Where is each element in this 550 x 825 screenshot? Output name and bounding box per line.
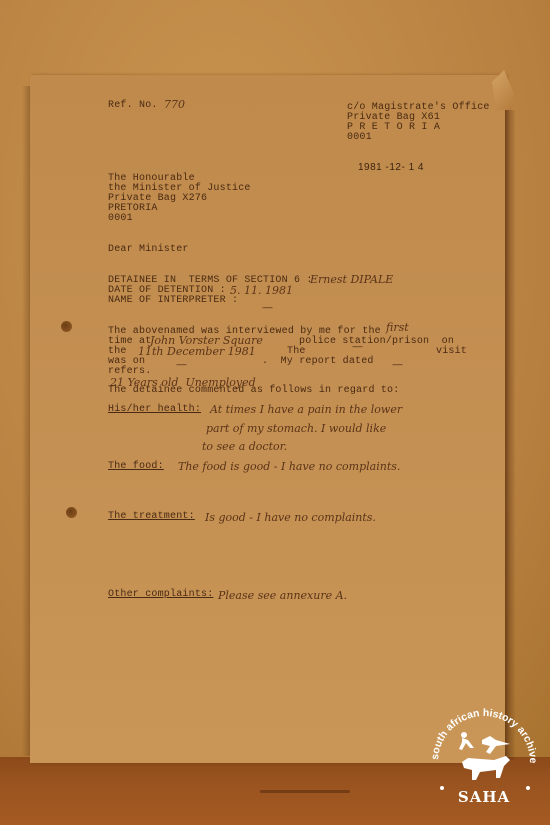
health-response-line-2: part of my stomach. I would like xyxy=(206,423,386,434)
letter-page xyxy=(30,75,505,763)
dot-left xyxy=(440,786,444,790)
other-complaints-label: Other complaints: xyxy=(108,590,213,600)
treatment-label: The treatment: xyxy=(108,512,195,522)
ref-label: Ref. No. xyxy=(108,101,158,111)
body-line-3-suffix: visit xyxy=(436,347,467,357)
other-complaints-response: Please see annexure A. xyxy=(218,590,347,601)
salutation: Dear Minister xyxy=(108,245,189,255)
body-line-4-mid: . My report dated xyxy=(262,357,374,367)
health-response-line-1: At times I have a pain in the lower xyxy=(210,404,402,415)
saha-acronym: SAHA xyxy=(458,788,510,806)
interview-date: 11th December 1981 xyxy=(138,346,256,357)
paper-shadow xyxy=(22,86,30,756)
saha-logo: south african history archive SAHA xyxy=(424,700,544,810)
recipient-line-5: 0001 xyxy=(108,214,133,224)
interpreter-value: — xyxy=(262,302,273,313)
visit-ordinal-blank: — xyxy=(352,341,363,352)
punch-hole-top xyxy=(61,321,72,332)
date-stamp: 1981 -12- 1 4 xyxy=(358,162,424,173)
food-response: The food is good - I have no complaints. xyxy=(178,461,400,472)
detention-date-value: 5. 11. 1981 xyxy=(230,285,293,296)
visit-date-blank: — xyxy=(176,359,187,370)
punch-hole-bottom xyxy=(66,507,77,518)
paper-edge-shadow xyxy=(505,110,515,760)
treatment-response: Is good - I have no complaints. xyxy=(205,512,376,523)
food-label: The food: xyxy=(108,462,164,472)
comment-intro: The detainee commented as follows in reg… xyxy=(108,386,399,396)
body-line-2-suffix: police station/prison on xyxy=(299,337,454,347)
health-response-line-3: to see a doctor. xyxy=(202,441,287,452)
desk-reflection xyxy=(260,790,350,793)
detainee-name: Ernest DIPALE xyxy=(310,274,393,285)
return-address-line-4: 0001 xyxy=(347,133,372,143)
health-label: His/her health: xyxy=(108,405,201,415)
ref-number: 770 xyxy=(164,99,185,110)
interpreter-label: NAME OF INTERPRETER : xyxy=(108,296,238,306)
dot-right xyxy=(526,786,530,790)
interview-ordinal: first xyxy=(386,322,409,333)
report-date-blank: — xyxy=(392,359,403,370)
saha-arc-text: south african history archive xyxy=(429,707,539,764)
rock-art-figures-icon xyxy=(459,732,510,780)
